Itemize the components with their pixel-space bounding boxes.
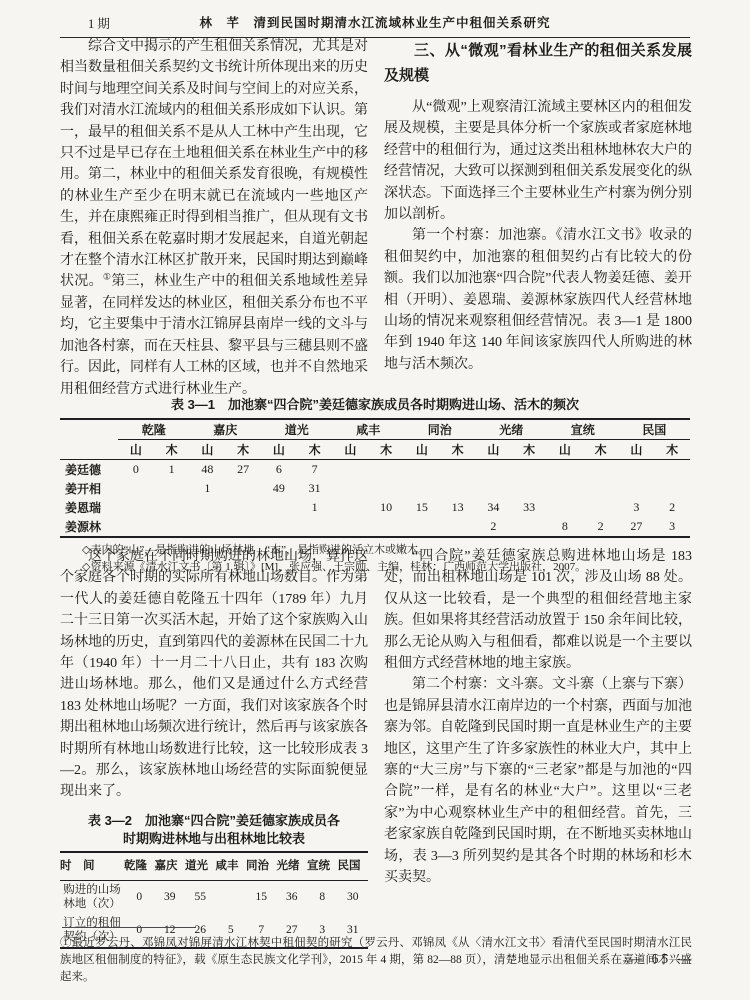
- row-label-line: 林地（次）: [60, 898, 124, 912]
- cell: 15: [246, 881, 277, 915]
- column-header: 同治: [246, 852, 277, 881]
- footnote-reference: ①: [103, 272, 111, 282]
- paragraph: 第一个村寨：加池寨。《清水江文书》收录的租佃契约中，加池寨的租佃契约占有比较大的…: [384, 225, 692, 375]
- paragraph: 第二个村寨：文斗寨。文斗寨（上寨与下寨）也是锦屏县清水江南岸边的一个村寨，西面与…: [384, 674, 692, 888]
- member-name: 姜开相: [60, 479, 118, 498]
- column-header: 咸丰: [216, 852, 247, 881]
- cell: 7: [297, 460, 333, 480]
- cell: [583, 479, 619, 498]
- cell: [404, 460, 440, 480]
- paragraph-text: 第三，林业生产中的租佃关系地域性差异显著，在同样发达的林业区，租佃关系分布也不平…: [60, 274, 368, 394]
- paragraph: “四合院”姜廷德家族总购进林地山场是 183 处，而出租林地山场是 101 次，…: [384, 546, 692, 674]
- member-name: 姜恩瑞: [60, 498, 118, 517]
- cell: [333, 498, 369, 517]
- paragraph: 从“微观”上观察清江流域主要林区内的租佃发展及规模，主要是具体分析一个家族或者家…: [384, 97, 692, 225]
- cell: [511, 479, 547, 498]
- cell: [654, 479, 690, 498]
- cell: 2: [583, 517, 619, 537]
- subcol-header: 木: [154, 440, 190, 460]
- row-label-line: 购进的山场: [60, 884, 124, 898]
- column-header: 乾隆: [124, 852, 155, 881]
- cell: [440, 460, 476, 480]
- cell: 48: [190, 460, 226, 480]
- era-header: 同治: [404, 419, 476, 440]
- cell: [404, 517, 440, 537]
- paragraph: 这个家庭在不同时期购进的林地山场，算作这个家庭各个时期的实际所有林地山场数目。作…: [60, 546, 368, 803]
- cell: 31: [297, 479, 333, 498]
- cell: 8: [307, 881, 338, 915]
- cell: [440, 479, 476, 498]
- cell: [333, 460, 369, 480]
- paragraph: 综合文中揭示的产生租佃关系情况，尤其是对相当数量租佃关系契约文书统计所体现出来的…: [60, 36, 368, 394]
- cell: [654, 460, 690, 480]
- cell: 15: [404, 498, 440, 517]
- cell: 13: [440, 498, 476, 517]
- cell: [476, 479, 512, 498]
- table-header-row: 时 间 乾隆 嘉庆 道光 咸丰 同治 光绪 宣统 民国: [60, 852, 368, 881]
- right-column-top: 三、从“微观”看林业生产的租佃关系发展及规模 从“微观”上观察清江流域主要林区内…: [384, 36, 692, 394]
- footnote-separator: [62, 927, 196, 928]
- era-header: 道光: [261, 419, 333, 440]
- subcol-header: 木: [225, 440, 261, 460]
- table-3-1-caption: 表 3—1 加池寨“四合院”姜廷德家族成员各时期购进山场、活木的频次: [60, 397, 690, 413]
- journal-page: 1 期 林 芊 清到民国时期清水江流域林业生产中租佃关系研究 综合文中揭示的产生…: [0, 0, 750, 1000]
- cell: 6: [261, 460, 297, 480]
- cell: [368, 460, 404, 480]
- cell: [261, 498, 297, 517]
- cell: [619, 460, 655, 480]
- cell: [476, 460, 512, 480]
- cell: [547, 498, 583, 517]
- column-header: 嘉庆: [155, 852, 186, 881]
- cell: [297, 517, 333, 537]
- member-name: 姜源林: [60, 517, 118, 537]
- subcol-header: 木: [654, 440, 690, 460]
- page-number: — 65 —: [629, 951, 694, 967]
- cell: 2: [654, 498, 690, 517]
- era-header: 嘉庆: [190, 419, 262, 440]
- column-header: 时 间: [60, 852, 124, 881]
- subcol-header: 木: [297, 440, 333, 460]
- cell: [118, 479, 154, 498]
- era-header: 乾隆: [118, 419, 190, 440]
- cell: [190, 498, 226, 517]
- cell: 8: [547, 517, 583, 537]
- cell: 0: [118, 460, 154, 480]
- table-header-row: 乾隆 嘉庆 道光 咸丰 同治 光绪 宣统 民国: [60, 419, 690, 440]
- cell: [583, 460, 619, 480]
- cell: [225, 517, 261, 537]
- table-row: 姜开相 1 49 31: [60, 479, 690, 498]
- cell: [511, 517, 547, 537]
- table-3-2-caption-line1: 表 3—2 加池寨“四合院”姜廷德家族成员各: [60, 812, 368, 830]
- cell: 3: [619, 498, 655, 517]
- cell: 49: [261, 479, 297, 498]
- subcol-header: 山: [547, 440, 583, 460]
- column-header: 宣统: [307, 852, 338, 881]
- subcol-header: 山: [476, 440, 512, 460]
- subcol-header: 山: [619, 440, 655, 460]
- cell: [511, 460, 547, 480]
- subcol-header: 山: [333, 440, 369, 460]
- subcol-header: 山: [404, 440, 440, 460]
- right-column-bottom: “四合院”姜廷德家族总购进林地山场是 183 处，而出租林地山场是 101 次，…: [384, 546, 692, 930]
- column-header: 道光: [185, 852, 216, 881]
- cell: 10: [368, 498, 404, 517]
- cell: [368, 517, 404, 537]
- table-subheader-row: 山 木 山 木 山 木 山 木 山 木 山 木 山 木 山 木: [60, 440, 690, 460]
- cell: [440, 517, 476, 537]
- member-name: 姜廷德: [60, 460, 118, 480]
- cell: [118, 498, 154, 517]
- subcol-header: 山: [261, 440, 297, 460]
- cell: 27: [619, 517, 655, 537]
- table-row: 姜恩瑞 1 10 15 13 34 33 3 2: [60, 498, 690, 517]
- cell: 27: [225, 460, 261, 480]
- cell: 36: [277, 881, 308, 915]
- cell: [368, 479, 404, 498]
- table-row: 购进的山场 林地（次） 0 39 55 15 36 8 30: [60, 881, 368, 915]
- cell: 0: [124, 881, 155, 915]
- cell: [225, 498, 261, 517]
- table-3-2-caption-line2: 时期购进林地与出租林地比较表: [60, 830, 368, 848]
- era-header: 咸丰: [333, 419, 405, 440]
- left-column-top: 综合文中揭示的产生租佃关系情况，尤其是对相当数量租佃关系契约文书统计所体现出来的…: [60, 36, 368, 394]
- cell: [154, 479, 190, 498]
- cell: [619, 479, 655, 498]
- cell: 1: [154, 460, 190, 480]
- subcol-header: 木: [511, 440, 547, 460]
- subcol-header: 山: [118, 440, 154, 460]
- page-header: 1 期 林 芊 清到民国时期清水江流域林业生产中租佃关系研究: [60, 13, 690, 38]
- cell: [261, 517, 297, 537]
- table-row: 姜廷德 0 1 48 27 6 7: [60, 460, 690, 480]
- subcol-header: 山: [190, 440, 226, 460]
- corner-cell: [60, 419, 118, 460]
- cell: 33: [511, 498, 547, 517]
- cell: 1: [190, 479, 226, 498]
- running-title: 林 芊 清到民国时期清水江流域林业生产中租佃关系研究: [60, 13, 690, 31]
- footnote: ①最近罗云丹、邓锦凤对锦屏清水江林契中租佃契的研究（罗云丹、邓锦凤《从〈清水江文…: [60, 935, 692, 986]
- cell: 39: [155, 881, 186, 915]
- left-column-bottom: 这个家庭在不同时期购进的林地山场，算作这个家庭各个时期的实际所有林地山场数目。作…: [60, 546, 368, 949]
- table-3-1: 乾隆 嘉庆 道光 咸丰 同治 光绪 宣统 民国 山 木 山 木 山 木 山: [60, 418, 690, 538]
- cell: 1: [297, 498, 333, 517]
- subcol-header: 木: [583, 440, 619, 460]
- issue-number: 1 期: [88, 14, 110, 32]
- cell: 2: [476, 517, 512, 537]
- cell: 55: [185, 881, 216, 915]
- cell: [333, 479, 369, 498]
- era-header: 光绪: [476, 419, 548, 440]
- section-heading: 三、从“微观”看林业生产的租佃关系发展及规模: [384, 38, 692, 88]
- cell: [154, 498, 190, 517]
- cell: [190, 517, 226, 537]
- subcol-header: 木: [440, 440, 476, 460]
- table-row: 姜源林 2 8 2 27 3: [60, 517, 690, 537]
- era-header: 民国: [619, 419, 691, 440]
- subcol-header: 木: [368, 440, 404, 460]
- row-label-line: 订立的租佃: [60, 917, 124, 931]
- cell: [154, 517, 190, 537]
- cell: 34: [476, 498, 512, 517]
- cell: [216, 881, 247, 915]
- era-header: 宣统: [547, 419, 619, 440]
- cell: [583, 498, 619, 517]
- row-label: 购进的山场 林地（次）: [60, 881, 124, 915]
- cell: [404, 479, 440, 498]
- cell: 30: [338, 881, 369, 915]
- column-header: 光绪: [277, 852, 308, 881]
- cell: [225, 479, 261, 498]
- paragraph-text: 综合文中揭示的产生租佃关系情况，尤其是对相当数量租佃关系契约文书统计所体现出来的…: [60, 39, 368, 289]
- cell: [118, 517, 154, 537]
- cell: [547, 460, 583, 480]
- column-header: 民国: [338, 852, 369, 881]
- cell: [333, 517, 369, 537]
- cell: 3: [654, 517, 690, 537]
- cell: [547, 479, 583, 498]
